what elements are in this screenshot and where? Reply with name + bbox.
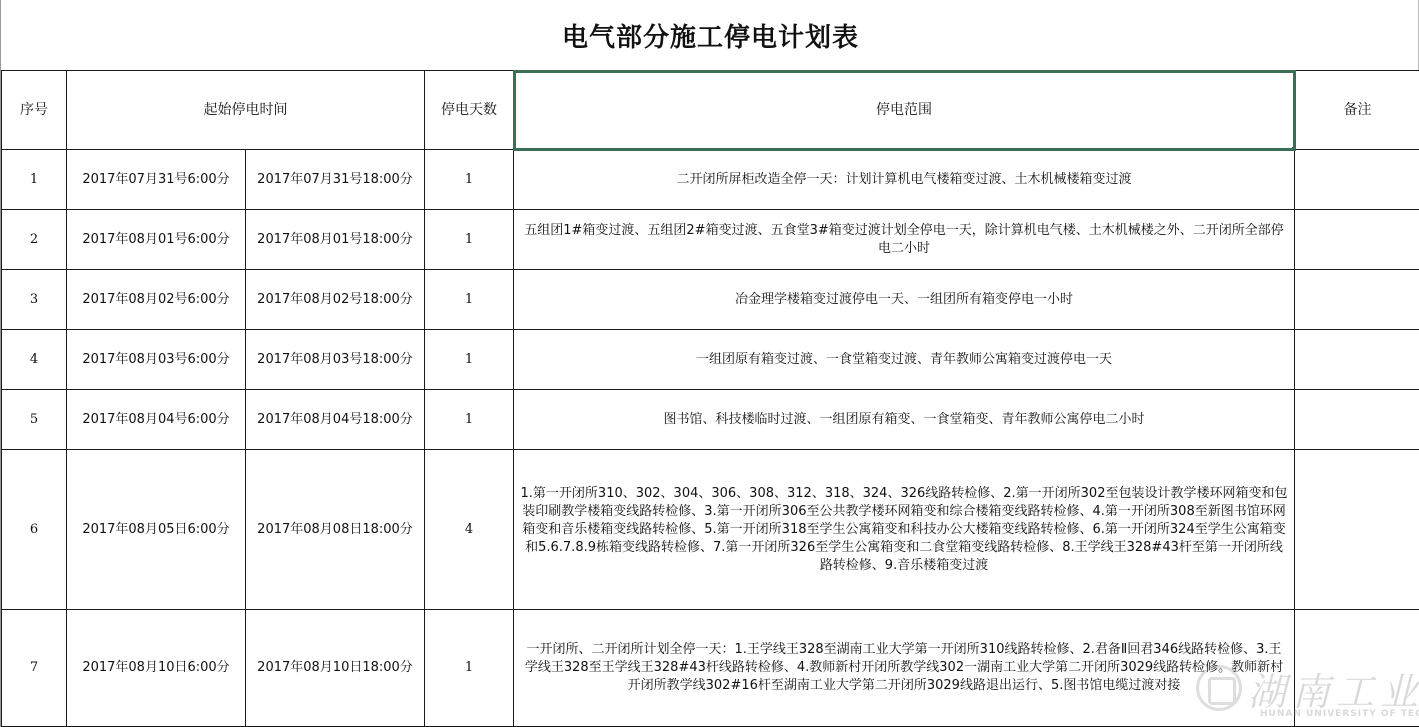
- cell-end[interactable]: 2017年08月08日18:00分: [246, 450, 425, 610]
- cell-end[interactable]: 2017年08月03号18:00分: [246, 330, 425, 390]
- cell-end[interactable]: 2017年08月02号18:00分: [246, 270, 425, 330]
- cell-start[interactable]: 2017年08月01号6:00分: [67, 210, 246, 270]
- table-row: 3 2017年08月02号6:00分 2017年08月02号18:00分 1 冶…: [2, 270, 1419, 330]
- cell-start[interactable]: 2017年08月10日6:00分: [67, 610, 246, 727]
- header-remarks[interactable]: 备注: [1295, 71, 1419, 150]
- cell-remarks[interactable]: [1295, 270, 1419, 330]
- cell-start[interactable]: 2017年07月31号6:00分: [67, 150, 246, 210]
- cell-days[interactable]: 4: [425, 450, 514, 610]
- header-scope-selected-cell[interactable]: 停电范围: [514, 71, 1295, 150]
- header-days[interactable]: 停电天数: [425, 71, 514, 150]
- cell-end[interactable]: 2017年08月10日18:00分: [246, 610, 425, 727]
- header-scope-label: 停电范围: [876, 102, 932, 118]
- cell-start[interactable]: 2017年08月04号6:00分: [67, 390, 246, 450]
- cell-scope[interactable]: 五组团1#箱变过渡、五组团2#箱变过渡、五食堂3#箱变过渡计划全停电一天，除计算…: [514, 210, 1295, 270]
- cell-index[interactable]: 6: [2, 450, 67, 610]
- table-row: 1 2017年07月31号6:00分 2017年07月31号18:00分 1 二…: [2, 150, 1419, 210]
- cell-days[interactable]: 1: [425, 270, 514, 330]
- cell-index[interactable]: 4: [2, 330, 67, 390]
- table-row: 2 2017年08月01号6:00分 2017年08月01号18:00分 1 五…: [2, 210, 1419, 270]
- cell-end[interactable]: 2017年07月31号18:00分: [246, 150, 425, 210]
- cell-remarks[interactable]: [1295, 210, 1419, 270]
- cell-remarks[interactable]: [1295, 390, 1419, 450]
- document-title: 电气部分施工停电计划表: [1, 0, 1419, 70]
- cell-days[interactable]: 1: [425, 610, 514, 727]
- cell-end[interactable]: 2017年08月01号18:00分: [246, 210, 425, 270]
- spreadsheet: 电气部分施工停电计划表 序号 起始停电时间 停电天数 停电范围 备注 1 201…: [0, 0, 1419, 727]
- cell-end[interactable]: 2017年08月04号18:00分: [246, 390, 425, 450]
- table-row: 5 2017年08月04号6:00分 2017年08月04号18:00分 1 图…: [2, 390, 1419, 450]
- cell-index[interactable]: 2: [2, 210, 67, 270]
- cell-index[interactable]: 7: [2, 610, 67, 727]
- cell-remarks[interactable]: [1295, 150, 1419, 210]
- cell-days[interactable]: 1: [425, 150, 514, 210]
- cell-remarks[interactable]: [1295, 610, 1419, 727]
- cell-days[interactable]: 1: [425, 390, 514, 450]
- cell-start[interactable]: 2017年08月03号6:00分: [67, 330, 246, 390]
- cell-scope[interactable]: 图书馆、科技楼临时过渡、一组团原有箱变、一食堂箱变、青年教师公寓停电二小时: [514, 390, 1295, 450]
- cell-remarks[interactable]: [1295, 330, 1419, 390]
- cell-scope[interactable]: 二开闭所屏柜改造全停一天：计划计算机电气楼箱变过渡、土木机械楼箱变过渡: [514, 150, 1295, 210]
- table-row: 7 2017年08月10日6:00分 2017年08月10日18:00分 1 一…: [2, 610, 1419, 727]
- outage-plan-table: 序号 起始停电时间 停电天数 停电范围 备注 1 2017年07月31号6:00…: [1, 70, 1419, 727]
- cell-start[interactable]: 2017年08月02号6:00分: [67, 270, 246, 330]
- cell-index[interactable]: 3: [2, 270, 67, 330]
- cell-index[interactable]: 5: [2, 390, 67, 450]
- cell-days[interactable]: 1: [425, 330, 514, 390]
- header-index[interactable]: 序号: [2, 71, 67, 150]
- table-row: 6 2017年08月05日6:00分 2017年08月08日18:00分 4 1…: [2, 450, 1419, 610]
- header-row: 序号 起始停电时间 停电天数 停电范围 备注: [2, 71, 1419, 150]
- table-row: 4 2017年08月03号6:00分 2017年08月03号18:00分 1 一…: [2, 330, 1419, 390]
- cell-index[interactable]: 1: [2, 150, 67, 210]
- cell-scope[interactable]: 1.第一开闭所310、302、304、306、308、312、318、324、3…: [514, 450, 1295, 610]
- cell-scope[interactable]: 冶金理学楼箱变过渡停电一天、一组团所有箱变停电一小时: [514, 270, 1295, 330]
- cell-start[interactable]: 2017年08月05日6:00分: [67, 450, 246, 610]
- cell-days[interactable]: 1: [425, 210, 514, 270]
- header-start-time[interactable]: 起始停电时间: [67, 71, 425, 150]
- fill-handle[interactable]: [1292, 147, 1295, 150]
- cell-remarks[interactable]: [1295, 450, 1419, 610]
- cell-scope[interactable]: 一开闭所、二开闭所计划全停一天：1.王学线王328至湖南工业大学第一开闭所310…: [514, 610, 1295, 727]
- cell-scope[interactable]: 一组团原有箱变过渡、一食堂箱变过渡、青年教师公寓箱变过渡停电一天: [514, 330, 1295, 390]
